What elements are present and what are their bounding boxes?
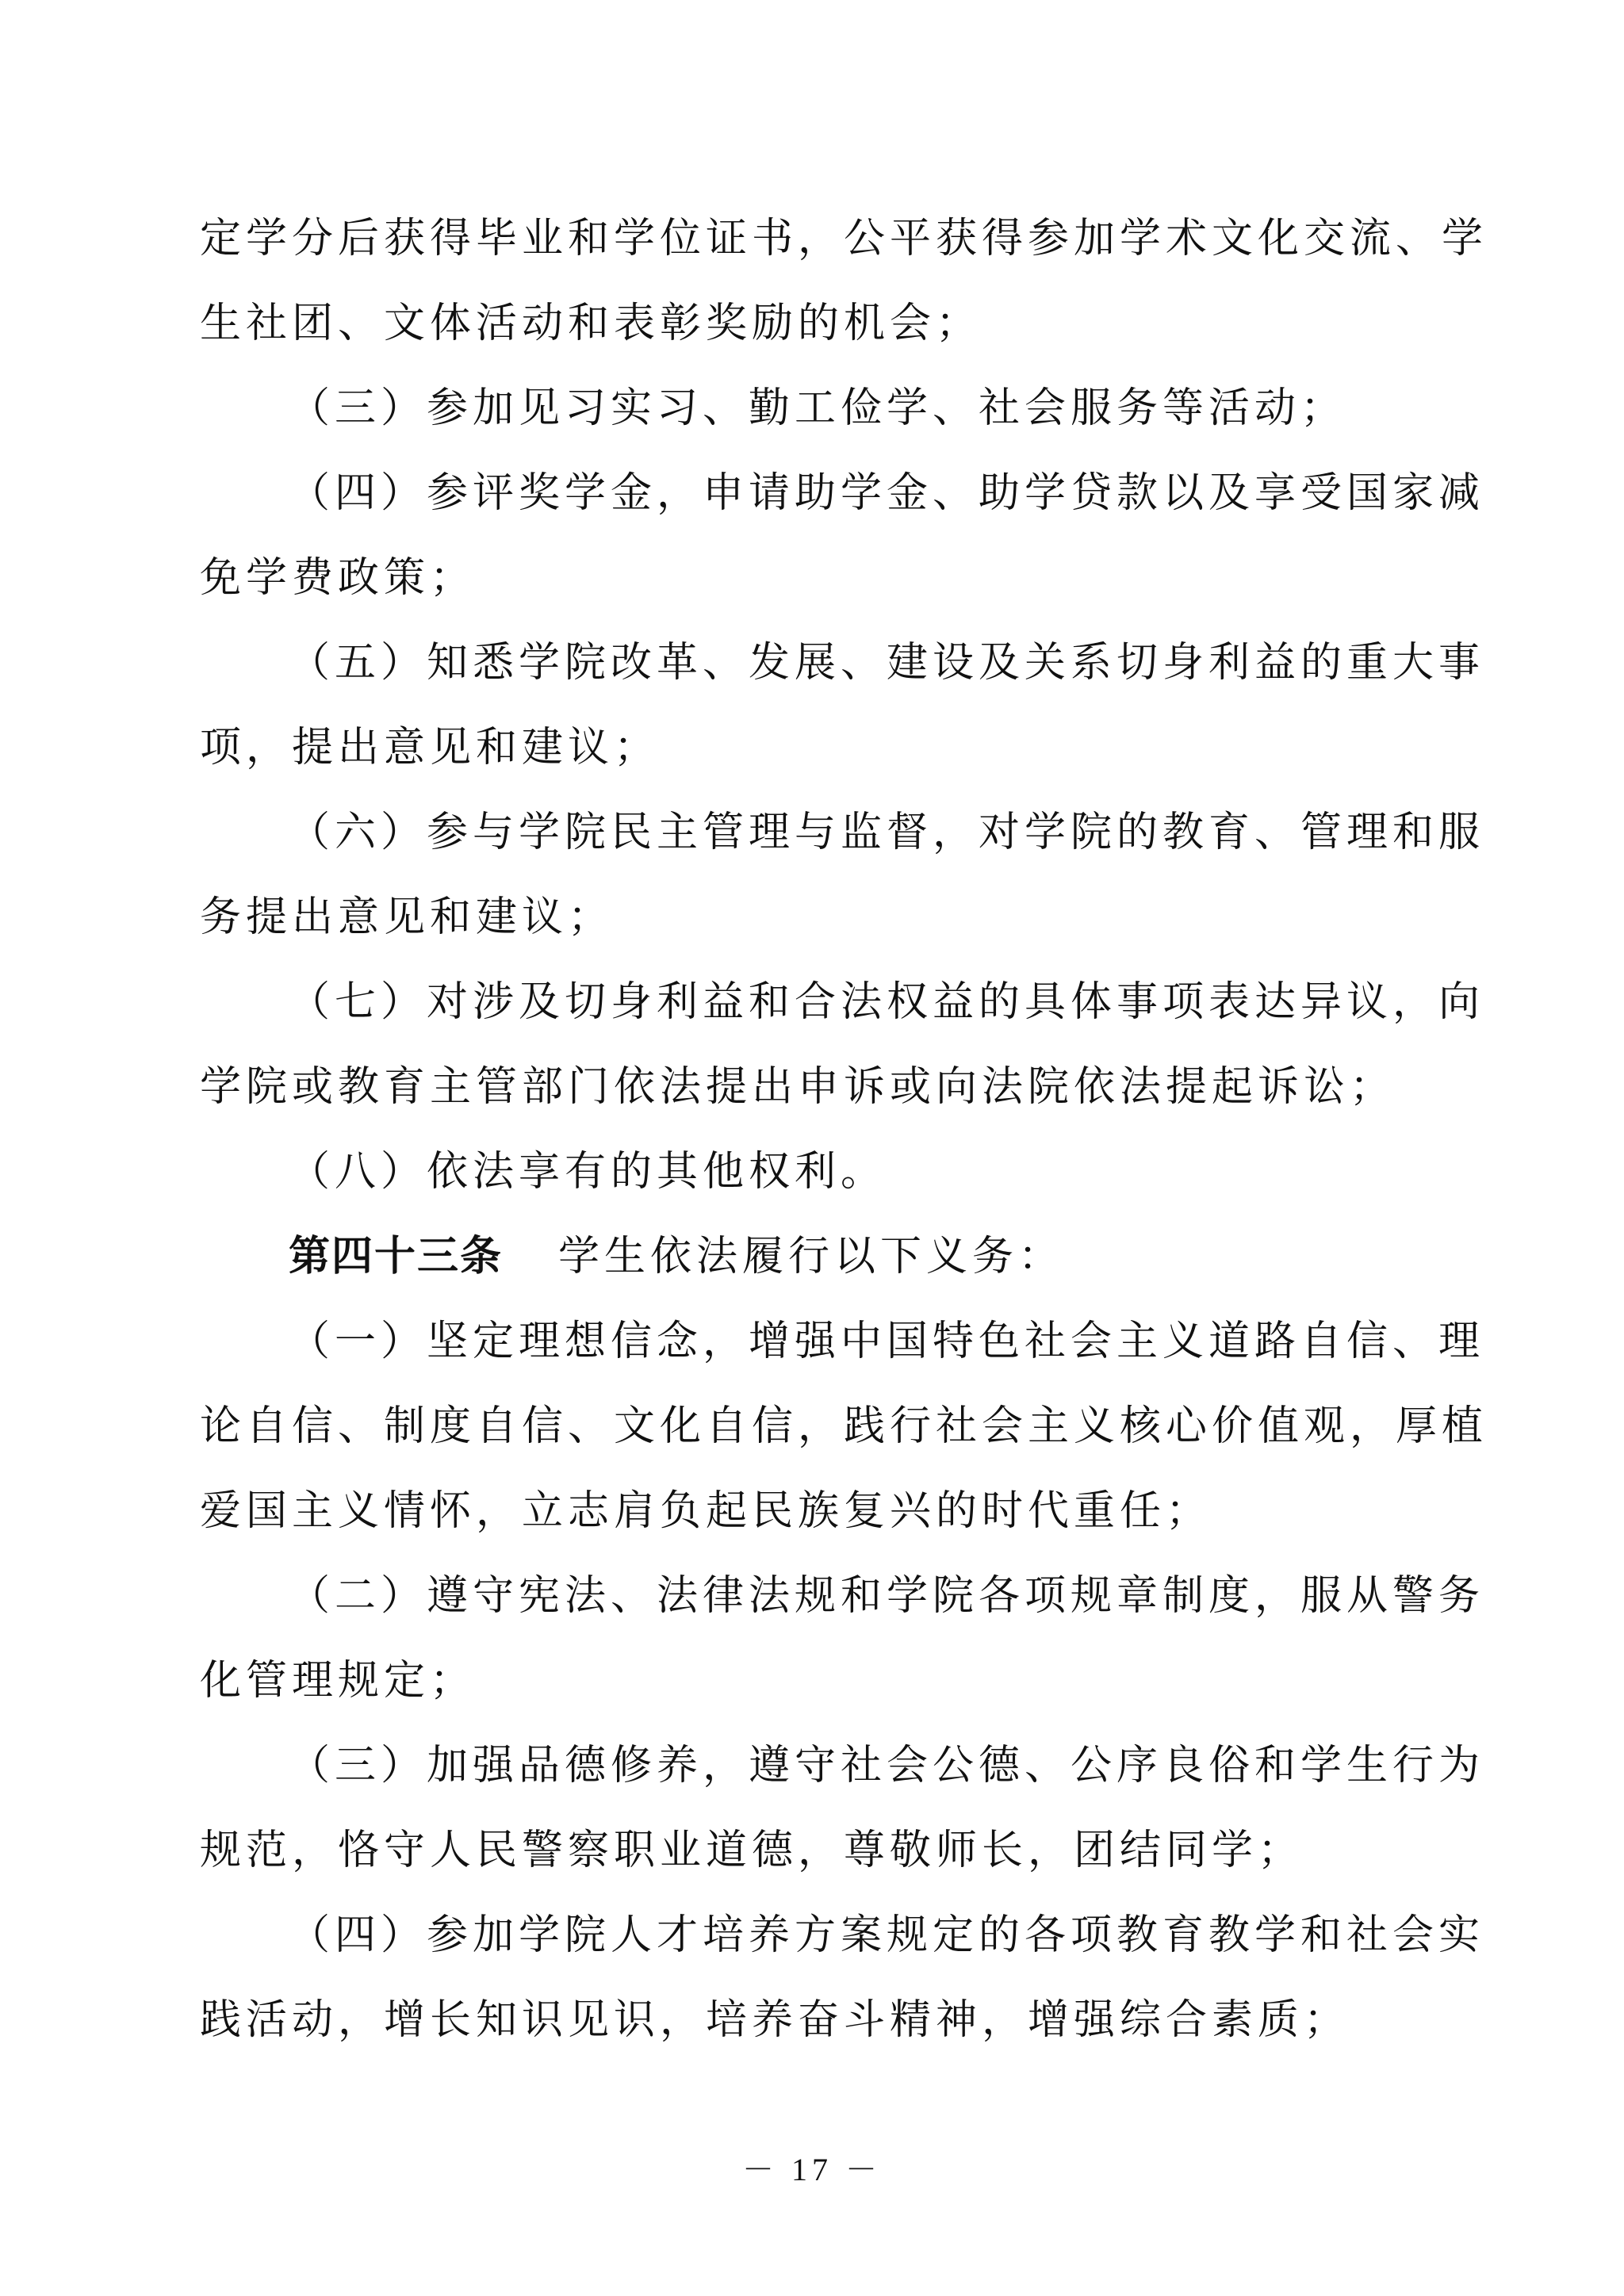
text-line: 论自信、制度自信、文化自信，践行社会主义核心价值观，厚植 [200, 1384, 1437, 1469]
text-line: 生社团、文体活动和表彰奖励的机会； [200, 281, 1437, 366]
text-line: 项，提出意见和建议； [200, 706, 1437, 790]
list-item-duties-2: （二）遵守宪法、法律法规和学院各项规章制度，服从警务 [200, 1554, 1437, 1639]
text-line: 免学费政策； [200, 536, 1437, 621]
list-item-rights-4: （四）参评奖学金，申请助学金、助学贷款以及享受国家减 [200, 451, 1437, 536]
text-line: 定学分后获得毕业和学位证书，公平获得参加学术文化交流、学 [200, 197, 1437, 281]
article-heading: 第四十三条 [289, 1233, 503, 1280]
text-line: 爱国主义情怀，立志肩负起民族复兴的时代重任； [200, 1469, 1437, 1554]
page-number: － 17 － [0, 2145, 1624, 2190]
text-line: 化管理规定； [200, 1639, 1437, 1724]
list-item-rights-3: （三）参加见习实习、勤工俭学、社会服务等活动； [200, 366, 1437, 451]
body-text: 定学分后获得毕业和学位证书，公平获得参加学术文化交流、学 生社团、文体活动和表彰… [200, 197, 1437, 2063]
list-item-rights-5: （五）知悉学院改革、发展、建设及关系切身利益的重大事 [200, 621, 1437, 706]
list-item-duties-4: （四）参加学院人才培养方案规定的各项教育教学和社会实 [200, 1893, 1437, 1978]
list-item-rights-7: （七）对涉及切身利益和合法权益的具体事项表达异议，向 [200, 960, 1437, 1045]
text-line: 学院或教育主管部门依法提出申诉或向法院依法提起诉讼； [200, 1045, 1437, 1130]
text-line: 务提出意见和建议； [200, 875, 1437, 960]
list-item-duties-1: （一）坚定理想信念，增强中国特色社会主义道路自信、理 [200, 1299, 1437, 1384]
article-43: 第四十三条学生依法履行以下义务： [200, 1215, 1437, 1299]
document-page: 定学分后获得毕业和学位证书，公平获得参加学术文化交流、学 生社团、文体活动和表彰… [0, 0, 1624, 2296]
list-item-rights-6: （六）参与学院民主管理与监督，对学院的教育、管理和服 [200, 790, 1437, 875]
text-line: 践活动，增长知识见识，培养奋斗精神，增强综合素质； [200, 1978, 1437, 2063]
article-text: 学生依法履行以下义务： [558, 1233, 1064, 1280]
list-item-rights-8: （八）依法享有的其他权利。 [200, 1130, 1437, 1215]
text-line: 规范，恪守人民警察职业道德，尊敬师长，团结同学； [200, 1808, 1437, 1893]
list-item-duties-3: （三）加强品德修养，遵守社会公德、公序良俗和学生行为 [200, 1724, 1437, 1808]
